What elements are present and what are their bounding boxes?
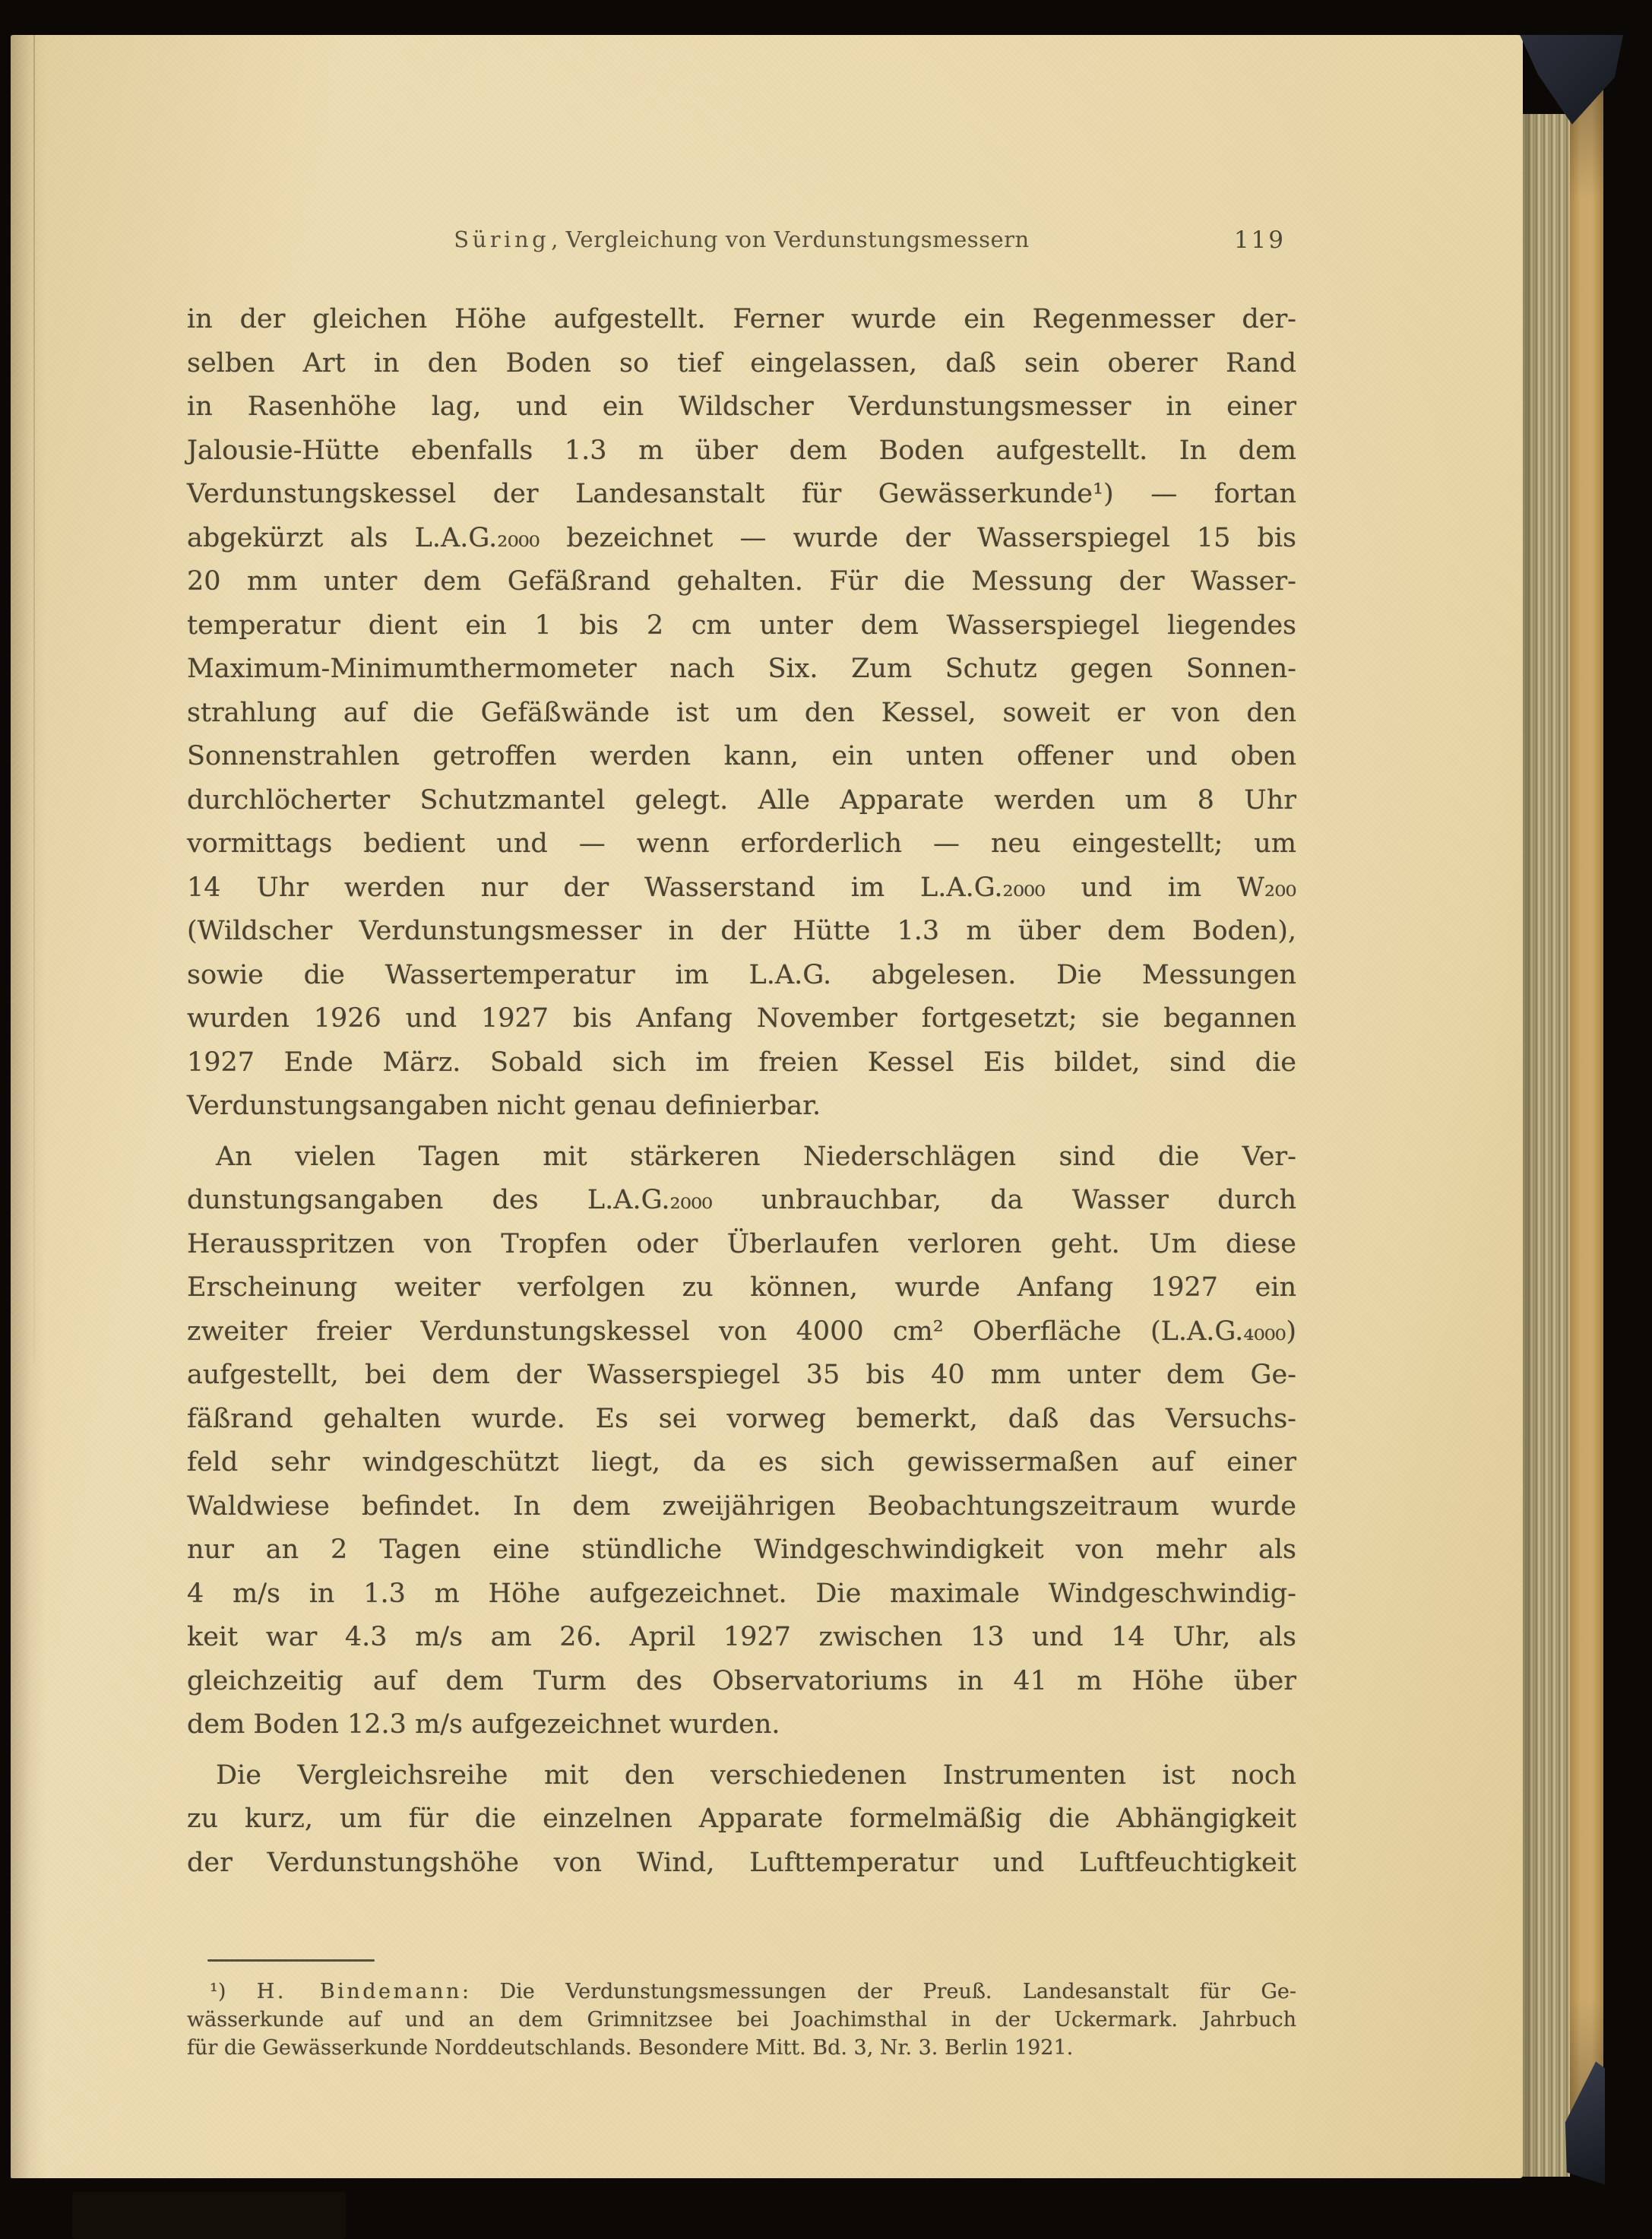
text-line: Maximum-Minimumthermometer nach Six. Zum… [187, 648, 1296, 692]
running-title-rest: , Vergleichung von Verdunstungsmessern [551, 226, 1030, 252]
text-line: feld sehr windgeschützt liegt, da es sic… [187, 1441, 1296, 1485]
footnote-marker: ¹) [210, 1980, 257, 2003]
text-line: keit war 4.3 m/s am 26. April 1927 zwisc… [187, 1616, 1296, 1660]
text-line: dem Boden 12.3 m/s aufgezeichnet wurden. [187, 1703, 1296, 1747]
text-line: dunstungsangaben des L.A.G.₂₀₀₀ unbrauch… [187, 1179, 1296, 1223]
text-line: vormittags bedient und — wenn erforderli… [187, 822, 1296, 866]
page-number: 119 [1234, 226, 1286, 254]
text-line: (Wildscher Verdunstungsmesser in der Hüt… [187, 910, 1296, 954]
footnote-rule [207, 1959, 375, 1962]
text-line: zu kurz, um für die einzelnen Apparate f… [187, 1797, 1296, 1842]
text-line: abgekürzt als L.A.G.₂₀₀₀ bezeichnet — wu… [187, 517, 1296, 561]
footnote: ¹) H. Bindemann: Die Verdunstungsmessung… [187, 1978, 1296, 2062]
scan-background: { "page": { "header": { "author": "Sürin… [0, 0, 1652, 2239]
text-line: Jalousie-Hütte ebenfalls 1.3 m über dem … [187, 429, 1296, 473]
text-line: An vielen Tagen mit stärkeren Niederschl… [187, 1135, 1296, 1180]
book-page: Süring, Vergleichung von Verdunstungsmes… [11, 35, 1523, 2178]
footnote-line1-rest: : Die Verdunstungsmessungen der Preuß. L… [462, 1980, 1296, 2003]
text-line: Verdunstungsangaben nicht genau definier… [187, 1085, 1296, 1129]
text-line: 4 m/s in 1.3 m Höhe aufgezeichnet. Die m… [187, 1572, 1296, 1617]
text-line: zweiter freier Verdunstungskessel von 40… [187, 1310, 1296, 1354]
text-line: Sonnenstrahlen getroffen werden kann, ei… [187, 735, 1296, 779]
paragraph: in der gleichen Höhe aufgestellt. Ferner… [187, 298, 1296, 1129]
footnote-line: ¹) H. Bindemann: Die Verdunstungsmessung… [187, 1978, 1296, 2006]
text-line: Verdunstungskessel der Landesanstalt für… [187, 473, 1296, 517]
shadow-patch [72, 2192, 346, 2239]
footnote-line: wässerkunde auf und an dem Grimnitzsee b… [187, 2006, 1296, 2034]
text-line: gleichzeitig auf dem Turm des Observator… [187, 1660, 1296, 1704]
page-edges [1523, 114, 1570, 2177]
text-line: 20 mm unter dem Gefäßrand gehalten. Für … [187, 560, 1296, 604]
text-line: wurden 1926 und 1927 bis Anfang November… [187, 997, 1296, 1041]
main-text: in der gleichen Höhe aufgestellt. Ferner… [187, 298, 1296, 1885]
footnote-author: H. Bindemann [257, 1980, 462, 2003]
running-title: Süring, Vergleichung von Verdunstungsmes… [187, 226, 1296, 252]
text-line: nur an 2 Tagen eine stündliche Windgesch… [187, 1528, 1296, 1572]
text-line: selben Art in den Boden so tief eingelas… [187, 342, 1296, 386]
text-line: in Rasenhöhe lag, und ein Wildscher Verd… [187, 385, 1296, 429]
text-line: sowie die Wassertemperatur im L.A.G. abg… [187, 954, 1296, 998]
text-line: aufgestellt, bei dem der Wasserspiegel 3… [187, 1354, 1296, 1398]
footnote-line: für die Gewässerkunde Norddeutschlands. … [187, 2034, 1296, 2062]
paragraph: Die Vergleichsreihe mit den verschiedene… [187, 1754, 1296, 1886]
text-line: Herausspritzen von Tropfen oder Überlauf… [187, 1223, 1296, 1267]
text-line: 14 Uhr werden nur der Wasserstand im L.A… [187, 866, 1296, 910]
paragraph: An vielen Tagen mit stärkeren Niederschl… [187, 1135, 1296, 1747]
text-line: fäßrand gehalten wurde. Es sei vorweg be… [187, 1398, 1296, 1442]
text-line: durchlöcherter Schutzmantel gelegt. Alle… [187, 779, 1296, 823]
text-line: der Verdunstungshöhe von Wind, Lufttempe… [187, 1842, 1296, 1886]
text-line: temperatur dient ein 1 bis 2 cm unter de… [187, 604, 1296, 648]
page-header: Süring, Vergleichung von Verdunstungsmes… [187, 226, 1296, 260]
book-board [1570, 76, 1603, 2122]
text-line: strahlung auf die Gefäßwände ist um den … [187, 692, 1296, 736]
running-title-author: Süring [454, 226, 549, 252]
text-line: 1927 Ende März. Sobald sich im freien Ke… [187, 1041, 1296, 1085]
text-line: Die Vergleichsreihe mit den verschiedene… [187, 1754, 1296, 1798]
text-line: in der gleichen Höhe aufgestellt. Ferner… [187, 298, 1296, 342]
text-line: Waldwiese befindet. In dem zweijährigen … [187, 1485, 1296, 1529]
text-line: Erscheinung weiter verfolgen zu können, … [187, 1266, 1296, 1310]
